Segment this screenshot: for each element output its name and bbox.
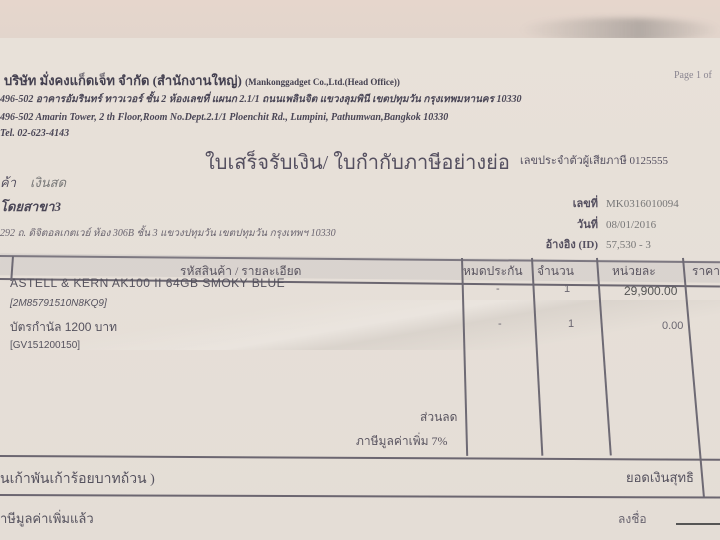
branch-name: โดยสาขา3: [0, 196, 61, 217]
company-name: บริษัท มั่งคงแก็ดเจ็ท จำกัด (สำนักงานใหญ…: [4, 70, 400, 91]
payment-method: ค้าเงินสด: [0, 172, 66, 193]
customer-address: 292 ถ. ดิจิตอลเกตเวย์ ห้อง 306B ชั้น 3 แ…: [0, 226, 336, 241]
discount-label: ส่วนลด: [420, 408, 457, 427]
company-tel: Tel. 02-623-4143: [0, 128, 69, 139]
company-address-th: 496-502 อาคารอัมรินทร์ ทาวเวอร์ ชั้น 2 ห…: [0, 92, 522, 107]
item-warranty: -: [498, 318, 502, 330]
item-description: บัตรกำนัล 1200 บาท: [10, 318, 117, 337]
item-serial: [2M85791510N8KQ9]: [10, 298, 107, 309]
signature-line: [676, 523, 720, 525]
vat-included-note: าษีมูลค่าเพิ่มแล้ว: [0, 508, 94, 529]
item-description: ASTELL & KERN AK100 II 64GB SMOKY BLUE: [10, 276, 285, 290]
tax-id: เลขประจำตัวผู้เสียภาษี 0125555: [520, 151, 668, 169]
doc-reference: อ้างอิง (ID)57,530 - 3: [512, 235, 651, 253]
company-address-en: 496-502 Amarin Tower, 2 th Floor,Room No…: [0, 112, 448, 123]
header-warranty: หมดประกัน: [463, 262, 523, 281]
item-warranty: -: [496, 283, 500, 295]
net-total-label: ยอดเงินสุทธิ: [626, 467, 694, 488]
header-qty: จำนวน: [537, 262, 574, 281]
document-title: ใบเสร็จรับเงิน/ ใบกำกับภาษีอย่างย่อ: [205, 146, 510, 178]
amount-in-words: นเก้าพันเก้าร้อยบาทถ้วน ): [0, 468, 155, 490]
vat-label: ภาษีมูลค่าเพิ่ม 7%: [356, 432, 448, 451]
item-qty: 1: [568, 318, 574, 330]
receipt-paper: บริษัท มั่งคงแก็ดเจ็ท จำกัด (สำนักงานใหญ…: [0, 0, 720, 540]
item-unit-price: 0.00: [662, 320, 683, 332]
item-unit-price: 29,900.00: [624, 284, 677, 298]
page-number: Page 1 of: [674, 70, 712, 81]
header-price: ราคา: [692, 262, 720, 281]
item-qty: 1: [564, 283, 570, 295]
header-unit-price: หน่วยละ: [612, 262, 656, 281]
doc-date: วันที่08/01/2016: [536, 215, 656, 233]
doc-number: เลขที่MK0316010094: [536, 194, 679, 212]
signature-label: ลงชื่อ: [618, 510, 647, 529]
item-serial: [GV151200150]: [10, 340, 80, 351]
